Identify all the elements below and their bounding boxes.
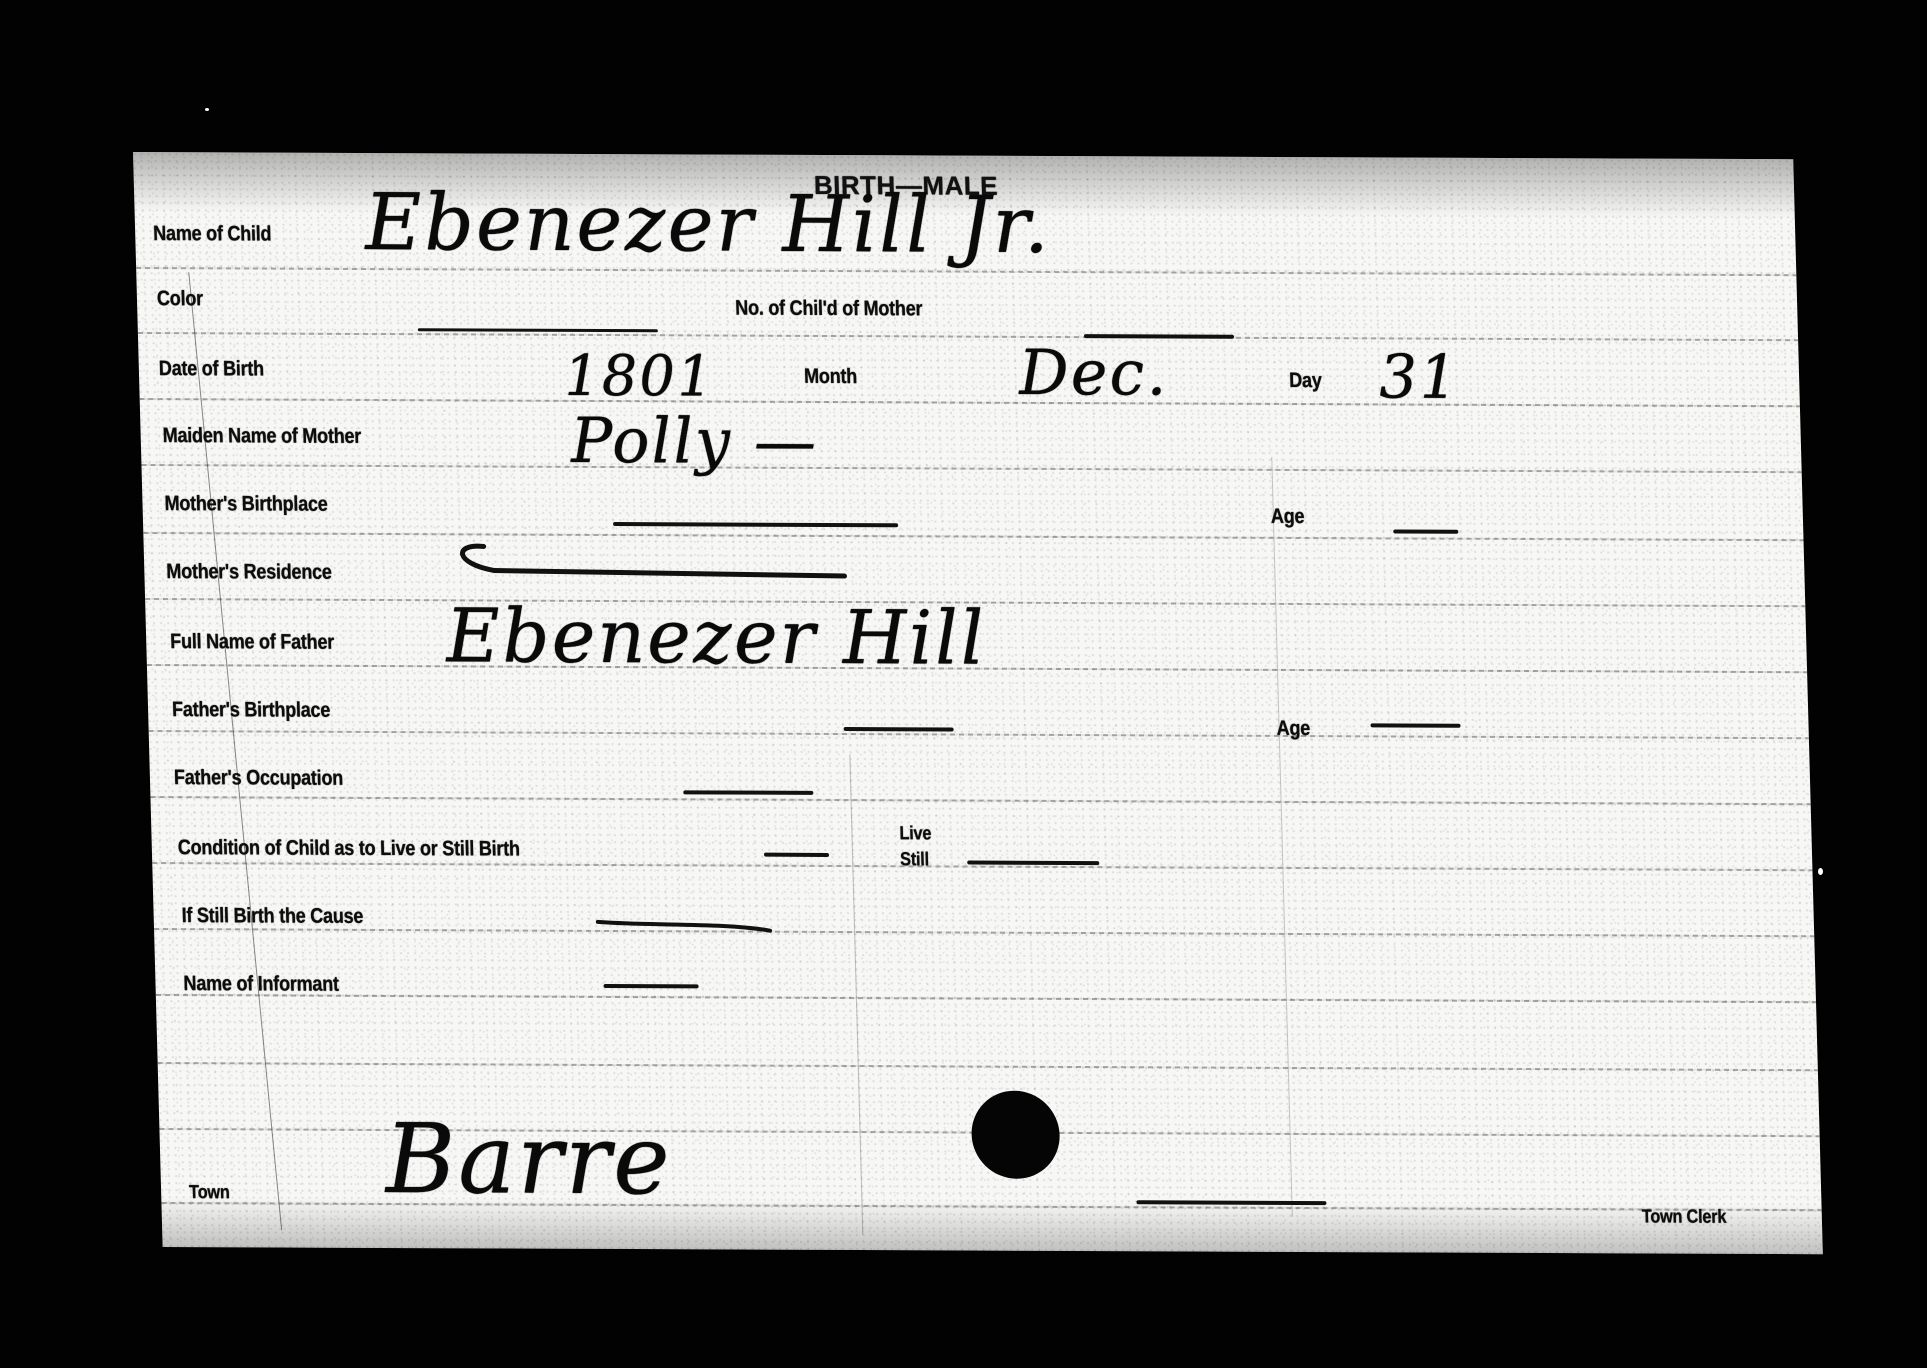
margin-line <box>188 272 282 1230</box>
ruled-line <box>150 796 1810 805</box>
label-full-name-of-father: Full Name of Father <box>170 630 334 655</box>
ruled-line <box>158 1062 1818 1071</box>
value-town-clerk <box>1136 1200 1326 1205</box>
label-date-of-birth: Date of Birth <box>159 357 265 381</box>
label-fathers-birthplace: Father's Birthplace <box>172 698 331 723</box>
label-condition-of-child: Condition of Child as to Live or Still B… <box>178 836 521 861</box>
label-color: Color <box>157 287 204 311</box>
ruled-line <box>141 464 1801 473</box>
label-mother-age: Age <box>1271 505 1305 529</box>
value-year: 1801 <box>563 344 715 410</box>
label-father-age: Age <box>1276 717 1310 741</box>
film-speck <box>1818 868 1823 875</box>
label-mothers-residence: Mother's Residence <box>166 560 332 585</box>
value-name-of-child: Ebenezer Hill Jr. <box>364 178 1052 271</box>
label-town: Town <box>189 1182 230 1204</box>
margin-line <box>1271 457 1293 1217</box>
film-speck <box>205 108 209 111</box>
ruled-line <box>138 332 1798 341</box>
value-if-still-birth-cause <box>594 916 775 937</box>
ruled-line <box>154 928 1814 937</box>
value-still <box>967 861 1099 866</box>
value-father-age <box>1370 723 1460 727</box>
value-fathers-occupation <box>683 790 813 795</box>
value-mothers-birthplace <box>613 522 898 527</box>
label-no-of-child-of-mother: No. of Chil'd of Mother <box>735 297 923 322</box>
label-name-of-child: Name of Child <box>153 222 272 247</box>
ruled-line <box>156 994 1816 1003</box>
label-mothers-birthplace: Mother's Birthplace <box>164 492 328 517</box>
value-fathers-birthplace <box>844 727 954 731</box>
value-full-name-of-father: Ebenezer Hill <box>445 593 987 681</box>
value-town: Barre <box>384 1103 673 1216</box>
label-if-still-birth-cause: If Still Birth the Cause <box>181 904 363 929</box>
value-day: 31 <box>1378 342 1460 412</box>
value-condition-of-child <box>764 853 829 857</box>
value-mother-age <box>1393 529 1458 533</box>
ruled-line <box>149 730 1809 739</box>
value-maiden-name-of-mother: Polly — <box>570 404 819 478</box>
label-day: Day <box>1289 369 1322 393</box>
value-month: Dec. <box>1018 336 1169 410</box>
punch-hole <box>970 1091 1060 1179</box>
label-maiden-name-of-mother: Maiden Name of Mother <box>162 424 361 449</box>
label-month: Month <box>804 365 858 389</box>
label-town-clerk: Town Clerk <box>1642 1206 1727 1228</box>
margin-line <box>849 755 863 1235</box>
ruled-line <box>143 532 1803 541</box>
value-mothers-residence <box>453 538 854 590</box>
label-live: Live <box>899 823 931 845</box>
label-fathers-occupation: Father's Occupation <box>174 766 344 791</box>
ruled-line <box>140 398 1800 407</box>
birth-record-card: BIRTH—MALE Name of Child Ebenezer Hill J… <box>133 152 1823 1254</box>
label-still: Still <box>900 849 929 871</box>
label-name-of-informant: Name of Informant <box>183 972 339 997</box>
blank-line-color <box>418 328 658 332</box>
paper-grain <box>133 152 1823 1254</box>
value-name-of-informant <box>604 984 699 988</box>
